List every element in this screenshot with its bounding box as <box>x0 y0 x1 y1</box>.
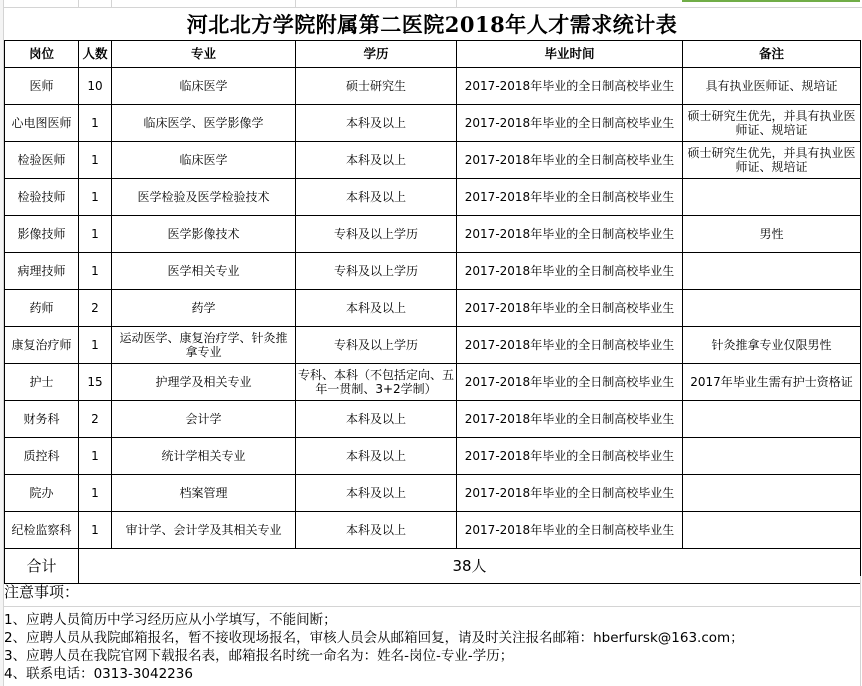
cell-position[interactable]: 病理技师 <box>5 253 79 290</box>
cell-position[interactable]: 药师 <box>5 290 79 327</box>
header-graduation[interactable]: 毕业时间 <box>457 41 683 68</box>
cell-graduation[interactable]: 2017-2018年毕业的全日制高校毕业生 <box>457 68 683 105</box>
cell-count[interactable]: 1 <box>79 327 112 364</box>
cell-major[interactable]: 运动医学、康复治疗学、针灸推拿专业 <box>112 327 296 364</box>
note-item[interactable]: 1、应聘人员简历中学习经历应从小学填写，不能间断； <box>4 611 860 629</box>
table-header-row: 岗位 人数 专业 学历 毕业时间 备注 <box>5 41 861 68</box>
table-row: 康复治疗师 1 运动医学、康复治疗学、针灸推拿专业 专科及以上学历 2017-2… <box>5 327 861 364</box>
cell-position[interactable]: 康复治疗师 <box>5 327 79 364</box>
cell-education[interactable]: 本科及以上 <box>296 142 457 179</box>
grid-right-edge <box>860 576 861 686</box>
cell-remark[interactable]: 硕士研究生优先，并具有执业医师证、规培证 <box>683 105 861 142</box>
cell-education[interactable]: 本科及以上 <box>296 290 457 327</box>
cell-count[interactable]: 1 <box>79 253 112 290</box>
table-row: 药师 2 药学 本科及以上 2017-2018年毕业的全日制高校毕业生 <box>5 290 861 327</box>
table-row: 护士 15 护理学及相关专业 专科、本科（不包括定向、五年一贯制、3+2学制） … <box>5 364 861 401</box>
cell-graduation[interactable]: 2017-2018年毕业的全日制高校毕业生 <box>457 512 683 549</box>
cell-position[interactable]: 纪检监察科 <box>5 512 79 549</box>
cell-education[interactable]: 专科及以上学历 <box>296 253 457 290</box>
cell-major[interactable]: 药学 <box>112 290 296 327</box>
cell-education[interactable]: 本科及以上 <box>296 512 457 549</box>
selected-column-indicator <box>682 0 860 2</box>
cell-education[interactable]: 本科及以上 <box>296 401 457 438</box>
cell-major[interactable]: 医学检验及医学检验技术 <box>112 179 296 216</box>
cell-position[interactable]: 检验医师 <box>5 142 79 179</box>
cell-education[interactable]: 本科及以上 <box>296 105 457 142</box>
cell-remark[interactable]: 具有执业医师证、规培证 <box>683 68 861 105</box>
note-item[interactable]: 4、联系电话：0313-3042236 <box>4 665 860 683</box>
cell-major[interactable]: 临床医学 <box>112 68 296 105</box>
cell-remark[interactable]: 2017年毕业生需有护士资格证 <box>683 364 861 401</box>
cell-education[interactable]: 专科及以上学历 <box>296 216 457 253</box>
table-row: 院办 1 档案管理 本科及以上 2017-2018年毕业的全日制高校毕业生 <box>5 475 861 512</box>
cell-count[interactable]: 1 <box>79 179 112 216</box>
cell-position[interactable]: 检验技师 <box>5 179 79 216</box>
recruitment-table: 岗位 人数 专业 学历 毕业时间 备注 医师 10 临床医学 硕士研究生 201… <box>4 40 861 584</box>
spreadsheet-grid-top <box>0 0 862 8</box>
table-row: 心电图医师 1 临床医学、医学影像学 本科及以上 2017-2018年毕业的全日… <box>5 105 861 142</box>
cell-graduation[interactable]: 2017-2018年毕业的全日制高校毕业生 <box>457 438 683 475</box>
cell-major[interactable]: 档案管理 <box>112 475 296 512</box>
cell-remark[interactable] <box>683 290 861 327</box>
cell-count[interactable]: 1 <box>79 105 112 142</box>
notes-section: 注意事项： 1、应聘人员简历中学习经历应从小学填写，不能间断； 2、应聘人员从我… <box>4 576 860 683</box>
cell-education[interactable]: 本科及以上 <box>296 179 457 216</box>
note-item[interactable]: 2、应聘人员从我院邮箱报名，暂不接收现场报名，审核人员会从邮箱回复，请及时关注报… <box>4 629 860 647</box>
cell-remark[interactable] <box>683 253 861 290</box>
table-row: 质控科 1 统计学相关专业 本科及以上 2017-2018年毕业的全日制高校毕业… <box>5 438 861 475</box>
cell-education[interactable]: 专科及以上学历 <box>296 327 457 364</box>
cell-major[interactable]: 护理学及相关专业 <box>112 364 296 401</box>
header-count[interactable]: 人数 <box>79 41 112 68</box>
cell-graduation[interactable]: 2017-2018年毕业的全日制高校毕业生 <box>457 105 683 142</box>
cell-remark[interactable]: 男性 <box>683 216 861 253</box>
cell-remark[interactable] <box>683 438 861 475</box>
cell-graduation[interactable]: 2017-2018年毕业的全日制高校毕业生 <box>457 216 683 253</box>
cell-education[interactable]: 专科、本科（不包括定向、五年一贯制、3+2学制） <box>296 364 457 401</box>
table-row: 财务科 2 会计学 本科及以上 2017-2018年毕业的全日制高校毕业生 <box>5 401 861 438</box>
header-position[interactable]: 岗位 <box>5 41 79 68</box>
cell-position[interactable]: 影像技师 <box>5 216 79 253</box>
header-remark[interactable]: 备注 <box>683 41 861 68</box>
cell-graduation[interactable]: 2017-2018年毕业的全日制高校毕业生 <box>457 475 683 512</box>
table-row: 影像技师 1 医学影像技术 专科及以上学历 2017-2018年毕业的全日制高校… <box>5 216 861 253</box>
cell-education[interactable]: 硕士研究生 <box>296 68 457 105</box>
table-row: 纪检监察科 1 审计学、会计学及其相关专业 本科及以上 2017-2018年毕业… <box>5 512 861 549</box>
cell-major[interactable]: 会计学 <box>112 401 296 438</box>
cell-count[interactable]: 1 <box>79 142 112 179</box>
header-major[interactable]: 专业 <box>112 41 296 68</box>
cell-major[interactable]: 审计学、会计学及其相关专业 <box>112 512 296 549</box>
sheet-title[interactable]: 河北北方学院附属第二医院2018年人才需求统计表 <box>4 8 860 40</box>
cell-position[interactable]: 质控科 <box>5 438 79 475</box>
cell-count[interactable]: 2 <box>79 290 112 327</box>
cell-count[interactable]: 1 <box>79 512 112 549</box>
cell-position[interactable]: 心电图医师 <box>5 105 79 142</box>
cell-major[interactable]: 临床医学 <box>112 142 296 179</box>
cell-major[interactable]: 医学影像技术 <box>112 216 296 253</box>
cell-position[interactable]: 医师 <box>5 68 79 105</box>
cell-count[interactable]: 1 <box>79 475 112 512</box>
cell-graduation[interactable]: 2017-2018年毕业的全日制高校毕业生 <box>457 179 683 216</box>
table-row: 检验医师 1 临床医学 本科及以上 2017-2018年毕业的全日制高校毕业生 … <box>5 142 861 179</box>
cell-count[interactable]: 1 <box>79 438 112 475</box>
cell-count[interactable]: 2 <box>79 401 112 438</box>
cell-count[interactable]: 15 <box>79 364 112 401</box>
cell-graduation[interactable]: 2017-2018年毕业的全日制高校毕业生 <box>457 327 683 364</box>
cell-graduation[interactable]: 2017-2018年毕业的全日制高校毕业生 <box>457 364 683 401</box>
cell-graduation[interactable]: 2017-2018年毕业的全日制高校毕业生 <box>457 290 683 327</box>
cell-remark[interactable]: 硕士研究生优先，并具有执业医师证、规培证 <box>683 142 861 179</box>
cell-major[interactable]: 临床医学、医学影像学 <box>112 105 296 142</box>
cell-remark[interactable]: 针灸推拿专业仅限男性 <box>683 327 861 364</box>
cell-count[interactable]: 10 <box>79 68 112 105</box>
cell-graduation[interactable]: 2017-2018年毕业的全日制高校毕业生 <box>457 142 683 179</box>
note-item[interactable]: 3、应聘人员在我院官网下载报名表，邮箱报名时统一命名为：姓名-岗位-专业-学历； <box>4 647 860 665</box>
table-row: 医师 10 临床医学 硕士研究生 2017-2018年毕业的全日制高校毕业生 具… <box>5 68 861 105</box>
cell-remark[interactable] <box>683 475 861 512</box>
cell-education[interactable]: 本科及以上 <box>296 438 457 475</box>
cell-major[interactable]: 统计学相关专业 <box>112 438 296 475</box>
cell-remark[interactable] <box>683 179 861 216</box>
cell-graduation[interactable]: 2017-2018年毕业的全日制高校毕业生 <box>457 253 683 290</box>
cell-position[interactable]: 护士 <box>5 364 79 401</box>
cell-major[interactable]: 医学相关专业 <box>112 253 296 290</box>
header-education[interactable]: 学历 <box>296 41 457 68</box>
cell-remark[interactable] <box>683 401 861 438</box>
notes-heading[interactable]: 注意事项： <box>4 576 860 607</box>
cell-graduation[interactable]: 2017-2018年毕业的全日制高校毕业生 <box>457 401 683 438</box>
cell-education[interactable]: 本科及以上 <box>296 475 457 512</box>
cell-remark[interactable] <box>683 512 861 549</box>
table-row: 病理技师 1 医学相关专业 专科及以上学历 2017-2018年毕业的全日制高校… <box>5 253 861 290</box>
table-row: 检验技师 1 医学检验及医学检验技术 本科及以上 2017-2018年毕业的全日… <box>5 179 861 216</box>
cell-count[interactable]: 1 <box>79 216 112 253</box>
cell-position[interactable]: 财务科 <box>5 401 79 438</box>
cell-position[interactable]: 院办 <box>5 475 79 512</box>
